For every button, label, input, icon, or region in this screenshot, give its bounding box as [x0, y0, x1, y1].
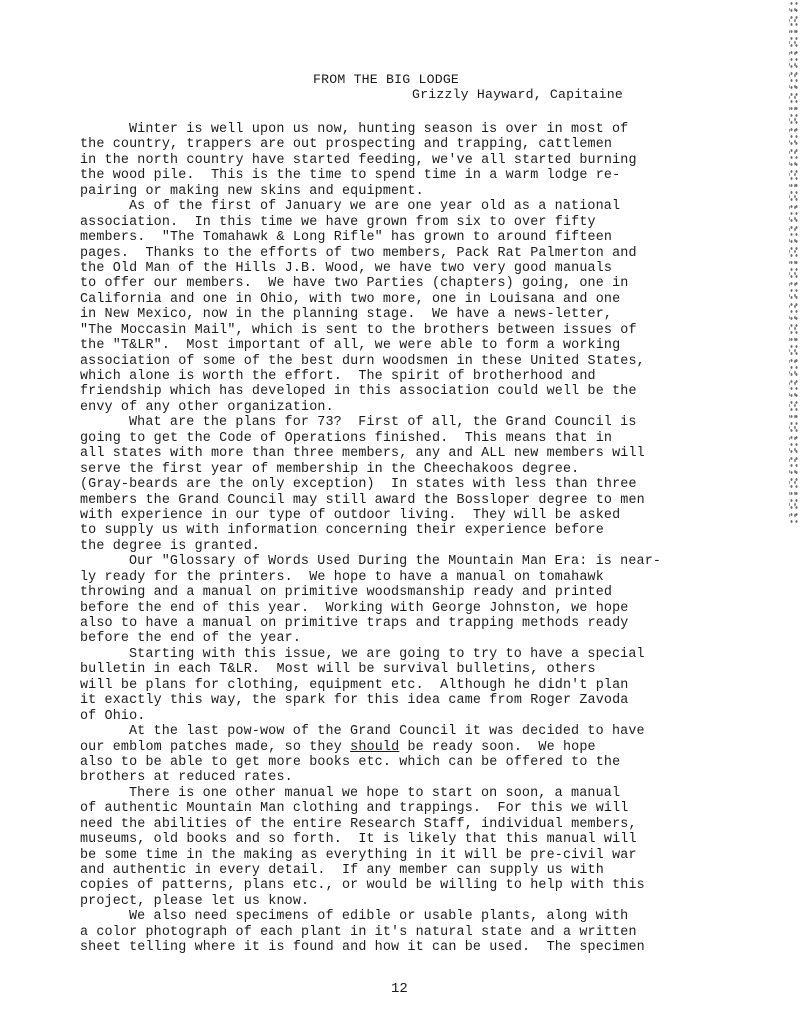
- text-line: the Old Man of the Hills J.B. Wood, we h…: [80, 261, 740, 276]
- text-line: be some time in the making as everything…: [80, 848, 740, 863]
- text-line: to supply us with information concerning…: [80, 523, 740, 538]
- text-line: California and one in Ohio, with two mor…: [80, 292, 740, 307]
- text-line: and authentic in every detail. If any me…: [80, 863, 740, 878]
- text-line: before the end of the year.: [80, 631, 740, 646]
- text-line: of authentic Mountain Man clothing and t…: [80, 801, 740, 816]
- text-line: members. "The Tomahawk & Long Rifle" has…: [80, 230, 740, 245]
- text-line: which alone is worth the effort. The spi…: [80, 369, 740, 384]
- text-line: pairing or making new skins and equipmen…: [80, 184, 740, 199]
- text-line: of Ohio.: [80, 709, 740, 724]
- text-line: before the end of this year. Working wit…: [80, 601, 740, 616]
- article-body: Winter is well upon us now, hunting seas…: [80, 122, 740, 956]
- text-line: members the Grand Council may still awar…: [80, 493, 740, 508]
- text-line: envy of any other organization.: [80, 400, 740, 415]
- text-line: all states with more than three members,…: [80, 446, 740, 461]
- text-line: copies of patterns, plans etc., or would…: [80, 878, 740, 893]
- text-line: throwing and a manual on primitive woods…: [80, 585, 740, 600]
- scan-edge-artifact: [789, 0, 799, 525]
- document-page: FROM THE BIG LODGE Grizzly Hayward, Capi…: [0, 0, 800, 1029]
- text-line: sheet telling where it is found and how …: [80, 940, 740, 955]
- text-line: Winter is well upon us now, hunting seas…: [80, 122, 740, 137]
- text-line: "The Moccasin Mail", which is sent to th…: [80, 323, 740, 338]
- text-line: association. In this time we have grown …: [80, 215, 740, 230]
- text-line: Our "Glossary of Words Used During the M…: [80, 554, 740, 569]
- text-line: the country, trappers are out prospectin…: [80, 137, 740, 152]
- text-line: What are the plans for 73? First of all,…: [80, 415, 740, 430]
- text-line: Starting with this issue, we are going t…: [80, 647, 740, 662]
- text-line: As of the first of January we are one ye…: [80, 199, 740, 214]
- text-line: (Gray-beards are the only exception) In …: [80, 477, 740, 492]
- page-number: 12: [391, 981, 408, 997]
- underlined-word: should: [350, 740, 399, 755]
- text-line: the degree is granted.: [80, 539, 740, 554]
- text-line: brothers at reduced rates.: [80, 770, 740, 785]
- text-line: with experience in our type of outdoor l…: [80, 508, 740, 523]
- text-line: bulletin in each T&LR. Most will be surv…: [80, 662, 740, 677]
- text-line: serve the first year of membership in th…: [80, 462, 740, 477]
- article-byline: Grizzly Hayward, Capitaine: [412, 87, 623, 102]
- text-line: friendship which has developed in this a…: [80, 384, 740, 399]
- text-line: project, please let us know.: [80, 894, 740, 909]
- text-line: association of some of the best durn woo…: [80, 354, 740, 369]
- text-line: At the last pow-wow of the Grand Council…: [80, 724, 740, 739]
- text-line: We also need specimens of edible or usab…: [80, 909, 740, 924]
- text-line: in the north country have started feedin…: [80, 153, 740, 168]
- text-line: to offer our members. We have two Partie…: [80, 276, 740, 291]
- text-line: also to have a manual on primitive traps…: [80, 616, 740, 631]
- text-line: also to be able to get more books etc. w…: [80, 755, 740, 770]
- text-line: will be plans for clothing, equipment et…: [80, 678, 740, 693]
- text-line: ly ready for the printers. We hope to ha…: [80, 570, 740, 585]
- text-line: need the abilities of the entire Researc…: [80, 817, 740, 832]
- text-line: the "T&LR". Most important of all, we we…: [80, 338, 740, 353]
- article-heading: FROM THE BIG LODGE: [313, 72, 459, 87]
- text-line: it exactly this way, the spark for this …: [80, 693, 740, 708]
- text-line: museums, old books and so forth. It is l…: [80, 832, 740, 847]
- text-line: our emblom patches made, so they should …: [80, 740, 740, 755]
- text-line: going to get the Code of Operations fini…: [80, 431, 740, 446]
- text-line: pages. Thanks to the efforts of two memb…: [80, 246, 740, 261]
- text-line: a color photograph of each plant in it's…: [80, 925, 740, 940]
- text-line: There is one other manual we hope to sta…: [80, 786, 740, 801]
- text-line: the wood pile. This is the time to spend…: [80, 168, 740, 183]
- text-line: in New Mexico, now in the planning stage…: [80, 307, 740, 322]
